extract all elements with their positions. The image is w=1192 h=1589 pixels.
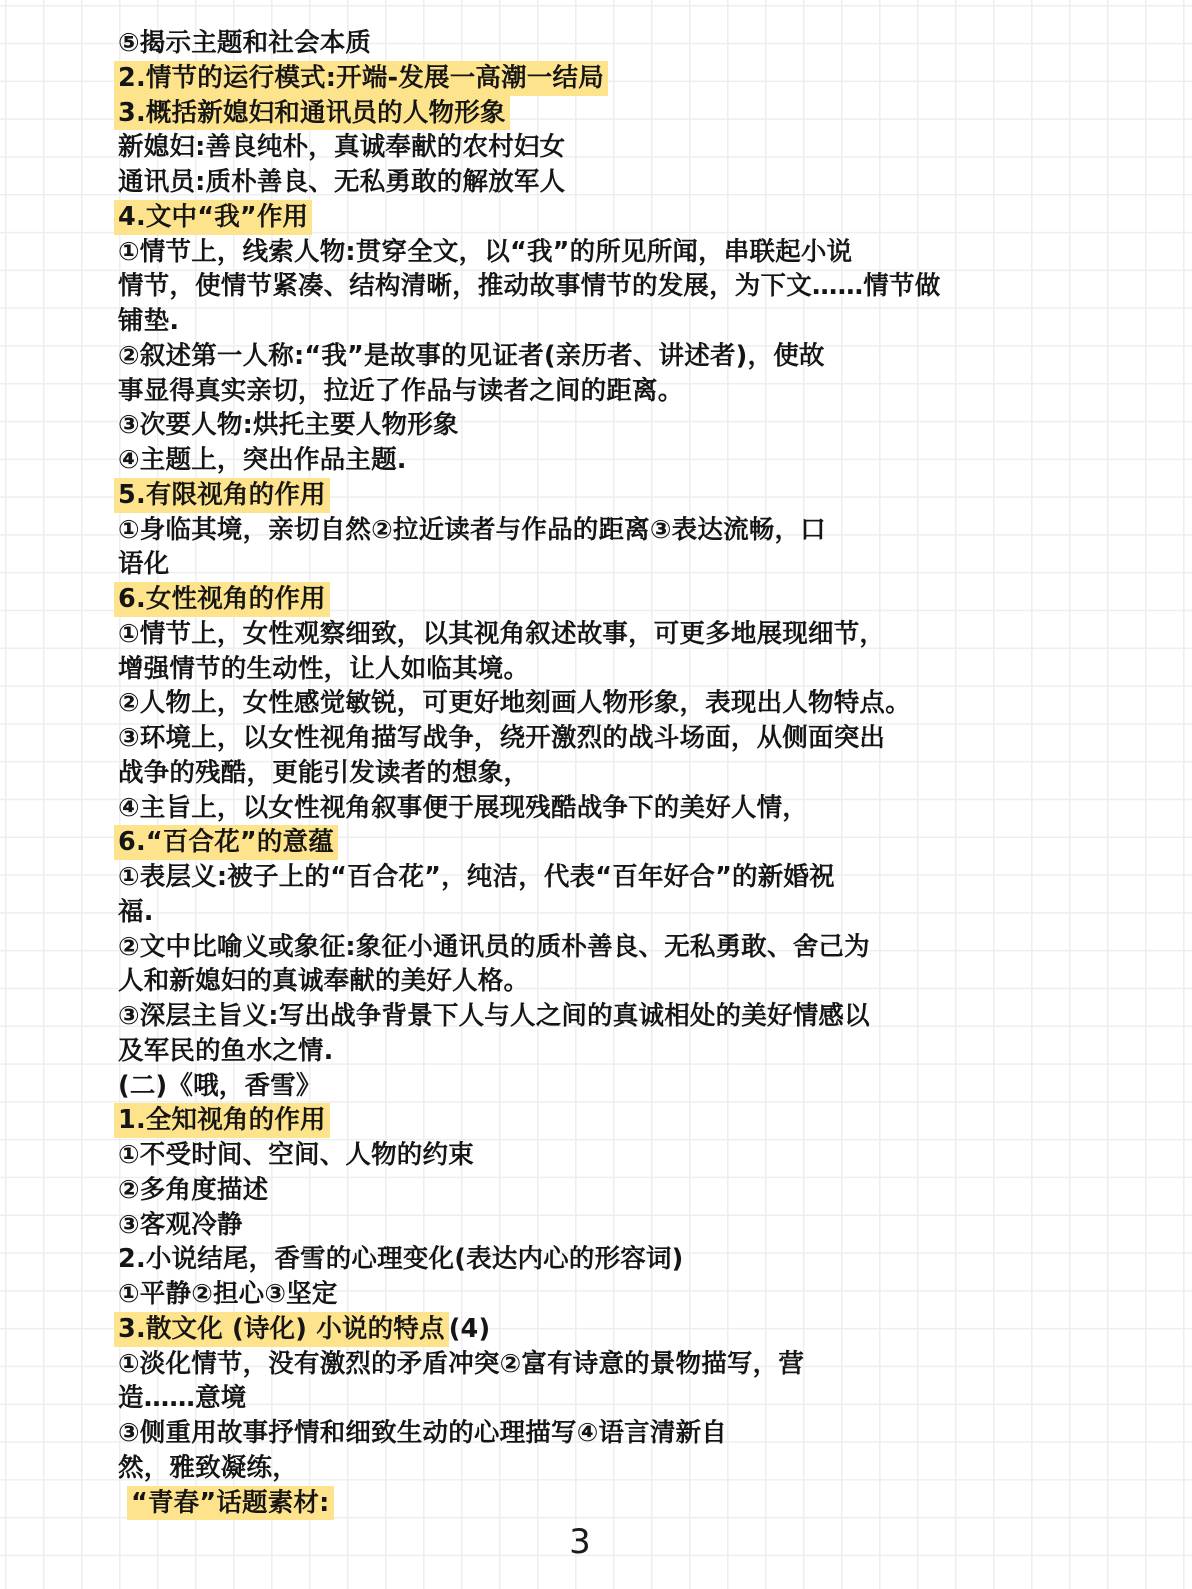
list-item: 事显得真实亲切，拉近了作品与读者之间的距离。 xyxy=(118,374,1118,409)
heading-suffix: (4) xyxy=(449,1314,491,1344)
line-text: ①表层义:被子上的“百合花”，纯洁，代表“百年好合”的新婚祝 xyxy=(118,862,835,892)
list-item: ④主旨上，以女性视角叙事便于展现残酷战争下的美好人情， xyxy=(118,791,1118,826)
document-page: ⑤揭示主题和社会本质 2.情节的运行模式:开端-发展一高潮一结局 3.概括新媳妇… xyxy=(118,26,1118,1520)
list-item: 新媳妇:善良纯朴，真诚奉献的农村妇女 xyxy=(118,130,1118,165)
page-number: 3 xyxy=(560,1522,600,1562)
list-item: 通讯员:质朴善良、无私勇敢的解放军人 xyxy=(118,165,1118,200)
list-item: ④主题上，突出作品主题. xyxy=(118,443,1118,478)
line-text: 铺垫. xyxy=(118,306,179,336)
highlighted-heading: “青春”话题素材: xyxy=(127,1486,334,1521)
line-text: (二)《哦，香雪》 xyxy=(118,1071,322,1101)
line-text: 福. xyxy=(118,897,154,927)
line-text: 通讯员:质朴善良、无私勇敢的解放军人 xyxy=(118,167,565,197)
list-item: 福. xyxy=(118,895,1118,930)
section-heading: 1.全知视角的作用 xyxy=(118,1103,1118,1138)
list-item: 及军民的鱼水之情. xyxy=(118,1034,1118,1069)
line-text: 新媳妇:善良纯朴，真诚奉献的农村妇女 xyxy=(118,132,565,162)
list-item: ②人物上，女性感觉敏锐，可更好地刻画人物形象，表现出人物特点。 xyxy=(118,686,1118,721)
line-text: ②人物上，女性感觉敏锐，可更好地刻画人物形象，表现出人物特点。 xyxy=(118,688,911,718)
line-text: 2.小说结尾，香雪的心理变化(表达内心的形容词) xyxy=(118,1244,684,1274)
list-item: 情节，使情节紧凑、结构清晰，推动故事情节的发展，为下文……情节做 xyxy=(118,269,1118,304)
line-text: 战争的残酷，更能引发读者的想象， xyxy=(118,758,529,788)
line-text: ③次要人物:烘托主要人物形象 xyxy=(118,410,459,440)
line-text: ④主题上，突出作品主题. xyxy=(118,445,407,475)
line-text: ①平静②担心③坚定 xyxy=(118,1279,338,1309)
line-text: ③侧重用故事抒情和细致生动的心理描写④语言清新自 xyxy=(118,1418,727,1448)
list-item: ③次要人物:烘托主要人物形象 xyxy=(118,408,1118,443)
highlighted-heading: 1.全知视角的作用 xyxy=(114,1103,330,1138)
line-text: 事显得真实亲切，拉近了作品与读者之间的距离。 xyxy=(118,376,683,406)
list-item: ③环境上，以女性视角描写战争，绕开激烈的战斗场面，从侧面突出 xyxy=(118,721,1118,756)
list-item: 人和新媳妇的真诚奉献的美好人格。 xyxy=(118,964,1118,999)
list-item: ③深层主旨义:写出战争背景下人与人之间的真诚相处的美好情感以 xyxy=(118,999,1118,1034)
list-item: ①表层义:被子上的“百合花”，纯洁，代表“百年好合”的新婚祝 xyxy=(118,860,1118,895)
list-item: 语化 xyxy=(118,547,1118,582)
highlighted-heading: 5.有限视角的作用 xyxy=(114,478,330,513)
list-item: ③客观冷静 xyxy=(118,1208,1118,1243)
line-text: ③深层主旨义:写出战争背景下人与人之间的真诚相处的美好情感以 xyxy=(118,1001,870,1031)
line-text: ④主旨上，以女性视角叙事便于展现残酷战争下的美好人情， xyxy=(118,793,808,823)
list-item: 战争的残酷，更能引发读者的想象， xyxy=(118,756,1118,791)
list-item: 然，雅致凝练， xyxy=(118,1451,1118,1486)
line-text: ②叙述第一人称:“我”是故事的见证者(亲历者、讲述者)，使故 xyxy=(118,341,825,371)
section-heading: 5.有限视角的作用 xyxy=(118,478,1118,513)
line-text: 增强情节的生动性，让人如临其境。 xyxy=(118,654,529,684)
list-item: 铺垫. xyxy=(118,304,1118,339)
line-text: ③客观冷静 xyxy=(118,1210,243,1240)
line-text: ②文中比喻义或象征:象征小通讯员的质朴善良、无私勇敢、舍己为 xyxy=(118,932,870,962)
line-text: ③环境上，以女性视角描写战争，绕开激烈的战斗场面，从侧面突出 xyxy=(118,723,885,753)
list-item: ①情节上，女性观察细致，以其视角叙述故事，可更多地展现细节， xyxy=(118,617,1118,652)
highlighted-heading: 3.概括新媳妇和通讯员的人物形象 xyxy=(114,96,510,131)
line-text: 情节，使情节紧凑、结构清晰，推动故事情节的发展，为下文……情节做 xyxy=(118,271,940,301)
list-item: ②叙述第一人称:“我”是故事的见证者(亲历者、讲述者)，使故 xyxy=(118,339,1118,374)
line-text: 人和新媳妇的真诚奉献的美好人格。 xyxy=(118,966,529,996)
highlighted-heading: 4.文中“我”作用 xyxy=(114,200,312,235)
list-item: ②文中比喻义或象征:象征小通讯员的质朴善良、无私勇敢、舍己为 xyxy=(118,930,1118,965)
list-item: ①淡化情节，没有激烈的矛盾冲突②富有诗意的景物描写，营 xyxy=(118,1347,1118,1382)
section-heading: 4.文中“我”作用 xyxy=(118,200,1118,235)
line-text: ①不受时间、空间、人物的约束 xyxy=(118,1140,474,1170)
section-heading: 3.散文化 (诗化) 小说的特点(4) xyxy=(118,1312,1118,1347)
list-item: 造……意境 xyxy=(118,1381,1118,1416)
line-text: 造……意境 xyxy=(118,1383,247,1413)
section-heading: 6.“百合花”的意蕴 xyxy=(118,825,1118,860)
line-text: ①情节上，线索人物:贯穿全文，以“我”的所见所闻，串联起小说 xyxy=(118,237,852,267)
line-text: ①情节上，女性观察细致，以其视角叙述故事，可更多地展现细节， xyxy=(118,619,885,649)
highlighted-heading: 3.散文化 (诗化) 小说的特点 xyxy=(114,1312,449,1347)
section-heading: “青春”话题素材: xyxy=(118,1486,1118,1521)
line-text: ①淡化情节，没有激烈的矛盾冲突②富有诗意的景物描写，营 xyxy=(118,1349,804,1379)
section-heading: 2.情节的运行模式:开端-发展一高潮一结局 xyxy=(118,61,1118,96)
list-item: ①不受时间、空间、人物的约束 xyxy=(118,1138,1118,1173)
line-text: 然，雅致凝练， xyxy=(118,1453,298,1483)
subsection-title: (二)《哦，香雪》 xyxy=(118,1069,1118,1104)
list-item: 增强情节的生动性，让人如临其境。 xyxy=(118,652,1118,687)
list-item: ①身临其境，亲切自然②拉近读者与作品的距离③表达流畅，口 xyxy=(118,513,1118,548)
list-item: 2.小说结尾，香雪的心理变化(表达内心的形容词) xyxy=(118,1242,1118,1277)
list-item: ⑤揭示主题和社会本质 xyxy=(118,26,1118,61)
line-text: ②多角度描述 xyxy=(118,1175,268,1205)
section-heading: 3.概括新媳妇和通讯员的人物形象 xyxy=(118,96,1118,131)
highlighted-heading: 6.“百合花”的意蕴 xyxy=(114,825,338,860)
line-text: 及军民的鱼水之情. xyxy=(118,1036,334,1066)
line-text: ⑤揭示主题和社会本质 xyxy=(118,28,371,58)
list-item: ②多角度描述 xyxy=(118,1173,1118,1208)
line-text: ①身临其境，亲切自然②拉近读者与作品的距离③表达流畅，口 xyxy=(118,515,826,545)
list-item: ①情节上，线索人物:贯穿全文，以“我”的所见所闻，串联起小说 xyxy=(118,235,1118,270)
list-item: ①平静②担心③坚定 xyxy=(118,1277,1118,1312)
highlighted-heading: 6.女性视角的作用 xyxy=(114,582,330,617)
section-heading: 6.女性视角的作用 xyxy=(118,582,1118,617)
highlighted-heading: 2.情节的运行模式:开端-发展一高潮一结局 xyxy=(114,61,608,96)
list-item: ③侧重用故事抒情和细致生动的心理描写④语言清新自 xyxy=(118,1416,1118,1451)
line-text: 语化 xyxy=(118,549,169,579)
